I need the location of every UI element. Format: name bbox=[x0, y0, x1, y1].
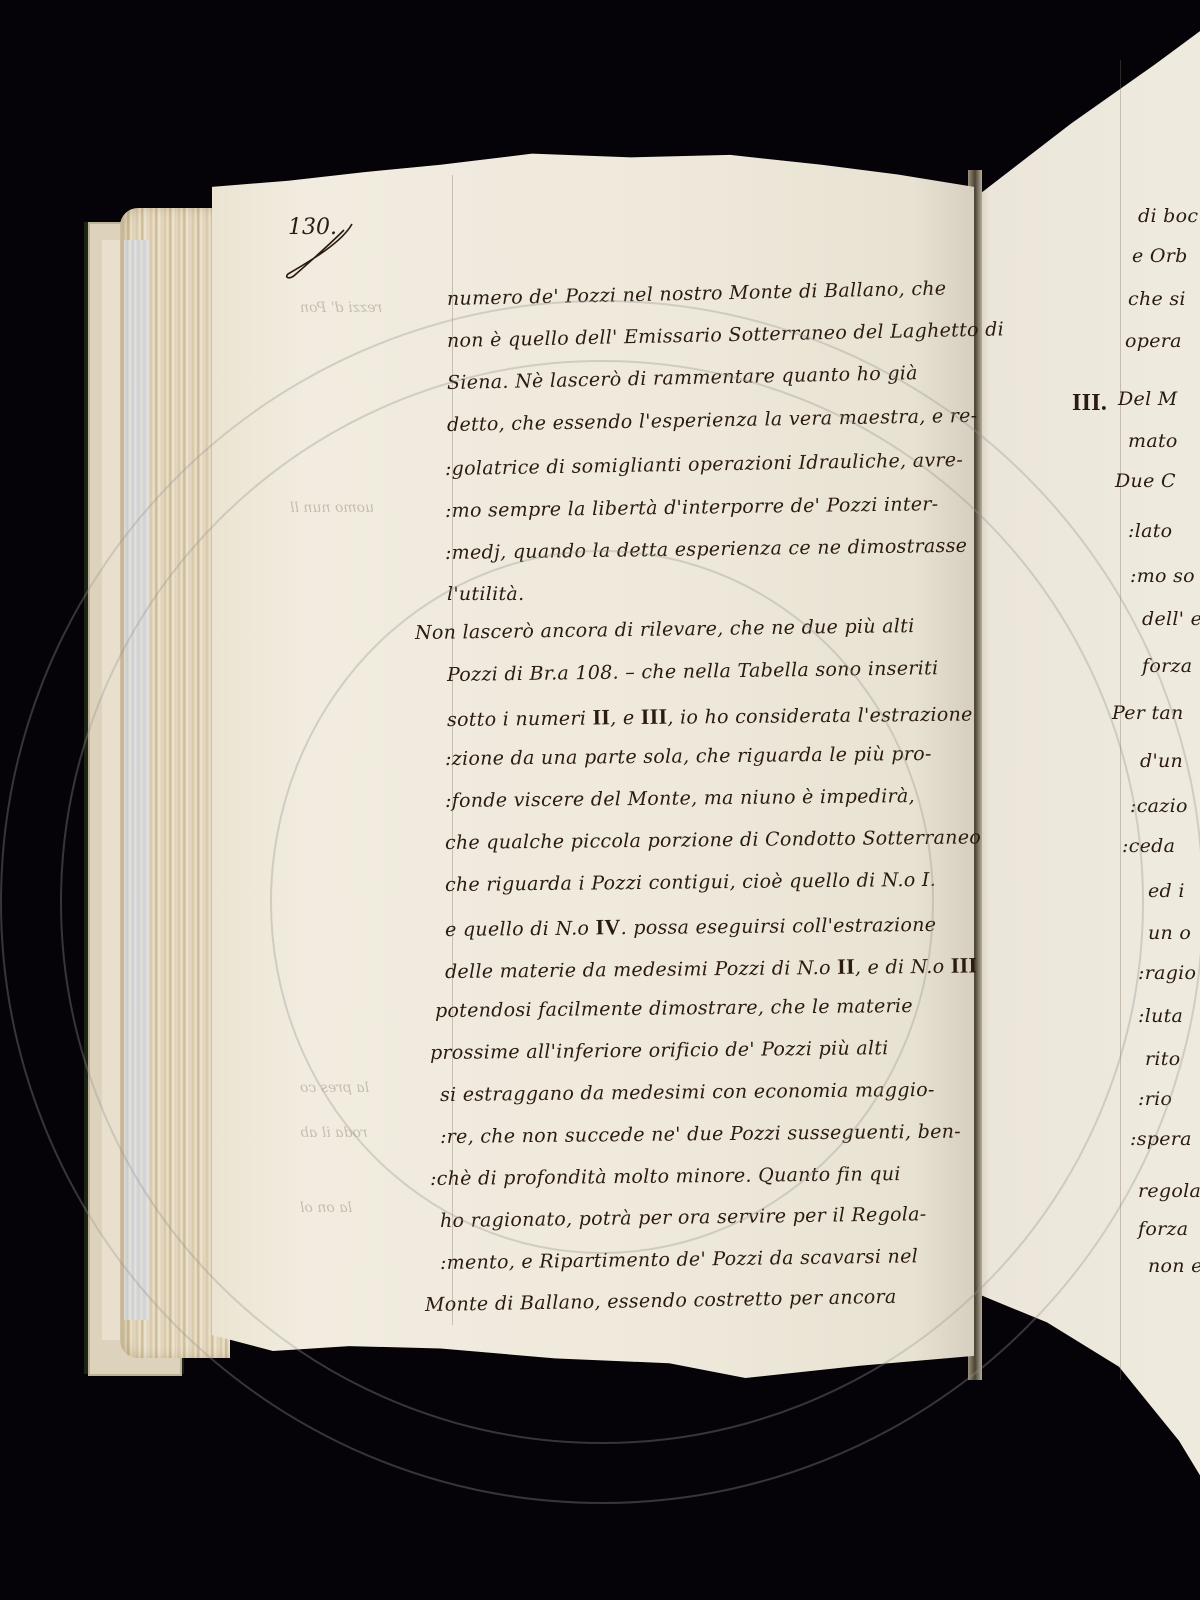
right-page-fragment: :luta bbox=[1138, 1005, 1183, 1027]
bleed-through-text: la on ol bbox=[300, 1200, 352, 1216]
bleed-through-text: uomo nun ll bbox=[290, 500, 374, 516]
right-page-fragment: :ragio bbox=[1138, 962, 1196, 984]
right-page-fragment: :rio bbox=[1138, 1088, 1172, 1110]
right-page-fragment: forza bbox=[1142, 655, 1192, 677]
bleed-through-text: rezzi d' Pon bbox=[300, 300, 382, 316]
right-page-fragment: un o bbox=[1148, 922, 1191, 944]
folio-flourish-icon bbox=[282, 222, 362, 282]
right-page-fragment: che si bbox=[1128, 288, 1186, 310]
right-page-fragment: opera bbox=[1125, 330, 1182, 352]
right-page-fragment: :mo so bbox=[1130, 565, 1195, 587]
right-page-fragment: :lato bbox=[1128, 520, 1172, 542]
right-page-fragment: forza bbox=[1138, 1218, 1188, 1240]
text-segment: . possa eseguirsi coll'estrazione bbox=[621, 914, 937, 939]
bleed-through-text: la pres co bbox=[300, 1080, 369, 1096]
right-page-fragment: Del M bbox=[1118, 388, 1178, 410]
roman-numeral: IV bbox=[595, 914, 620, 939]
right-page-fragment: di boc bbox=[1138, 205, 1198, 227]
right-page-fragment: ed i bbox=[1148, 880, 1185, 902]
text-line: e quello di N.o IV. possa eseguirsi coll… bbox=[445, 911, 937, 942]
text-segment: , e di N.o bbox=[855, 956, 945, 979]
right-page-fragment: regola bbox=[1138, 1180, 1200, 1202]
right-page-fragment: dell' e bbox=[1142, 608, 1200, 630]
right-page-fragment: rito bbox=[1145, 1048, 1180, 1070]
text-segment: sotto i numeri bbox=[447, 708, 586, 731]
right-page-fragment: :cazio bbox=[1130, 795, 1188, 817]
section-numeral: III. bbox=[1072, 390, 1107, 417]
right-page-fragment: Due C bbox=[1115, 470, 1176, 492]
right-page-fragment: Per tan bbox=[1112, 702, 1184, 724]
roman-numeral: III bbox=[951, 952, 978, 977]
text-line: sotto i numeri II, e III, io ho consider… bbox=[447, 700, 973, 732]
roman-numeral: II bbox=[837, 954, 855, 979]
text-segment: delle materie da medesimi Pozzi di N.o bbox=[445, 957, 831, 983]
manuscript-photo: rezzi d' Pon uomo nun ll la pres co roda… bbox=[0, 0, 1200, 1600]
roman-numeral: III bbox=[641, 704, 668, 729]
right-page-fragment: non e bbox=[1148, 1255, 1200, 1277]
right-page-fragment: :spera bbox=[1130, 1128, 1192, 1150]
text-segment: e quello di N.o bbox=[445, 917, 589, 941]
page-edges-blue-tint bbox=[124, 240, 150, 1320]
bleed-through-text: roda il ab bbox=[300, 1125, 368, 1141]
right-page-fragment: :ceda bbox=[1122, 835, 1175, 857]
text-line: delle materie da medesimi Pozzi di N.o I… bbox=[445, 952, 978, 984]
right-page-fragment: e Orb bbox=[1132, 245, 1188, 267]
right-page-fragment: d'un bbox=[1140, 750, 1183, 772]
text-segment: , io ho considerata l'estrazione bbox=[667, 703, 972, 728]
right-page-fragment: mato bbox=[1128, 430, 1178, 452]
text-line: l'utilità. bbox=[447, 583, 524, 605]
roman-numeral: II bbox=[592, 704, 610, 729]
text-segment: , e bbox=[610, 707, 634, 729]
